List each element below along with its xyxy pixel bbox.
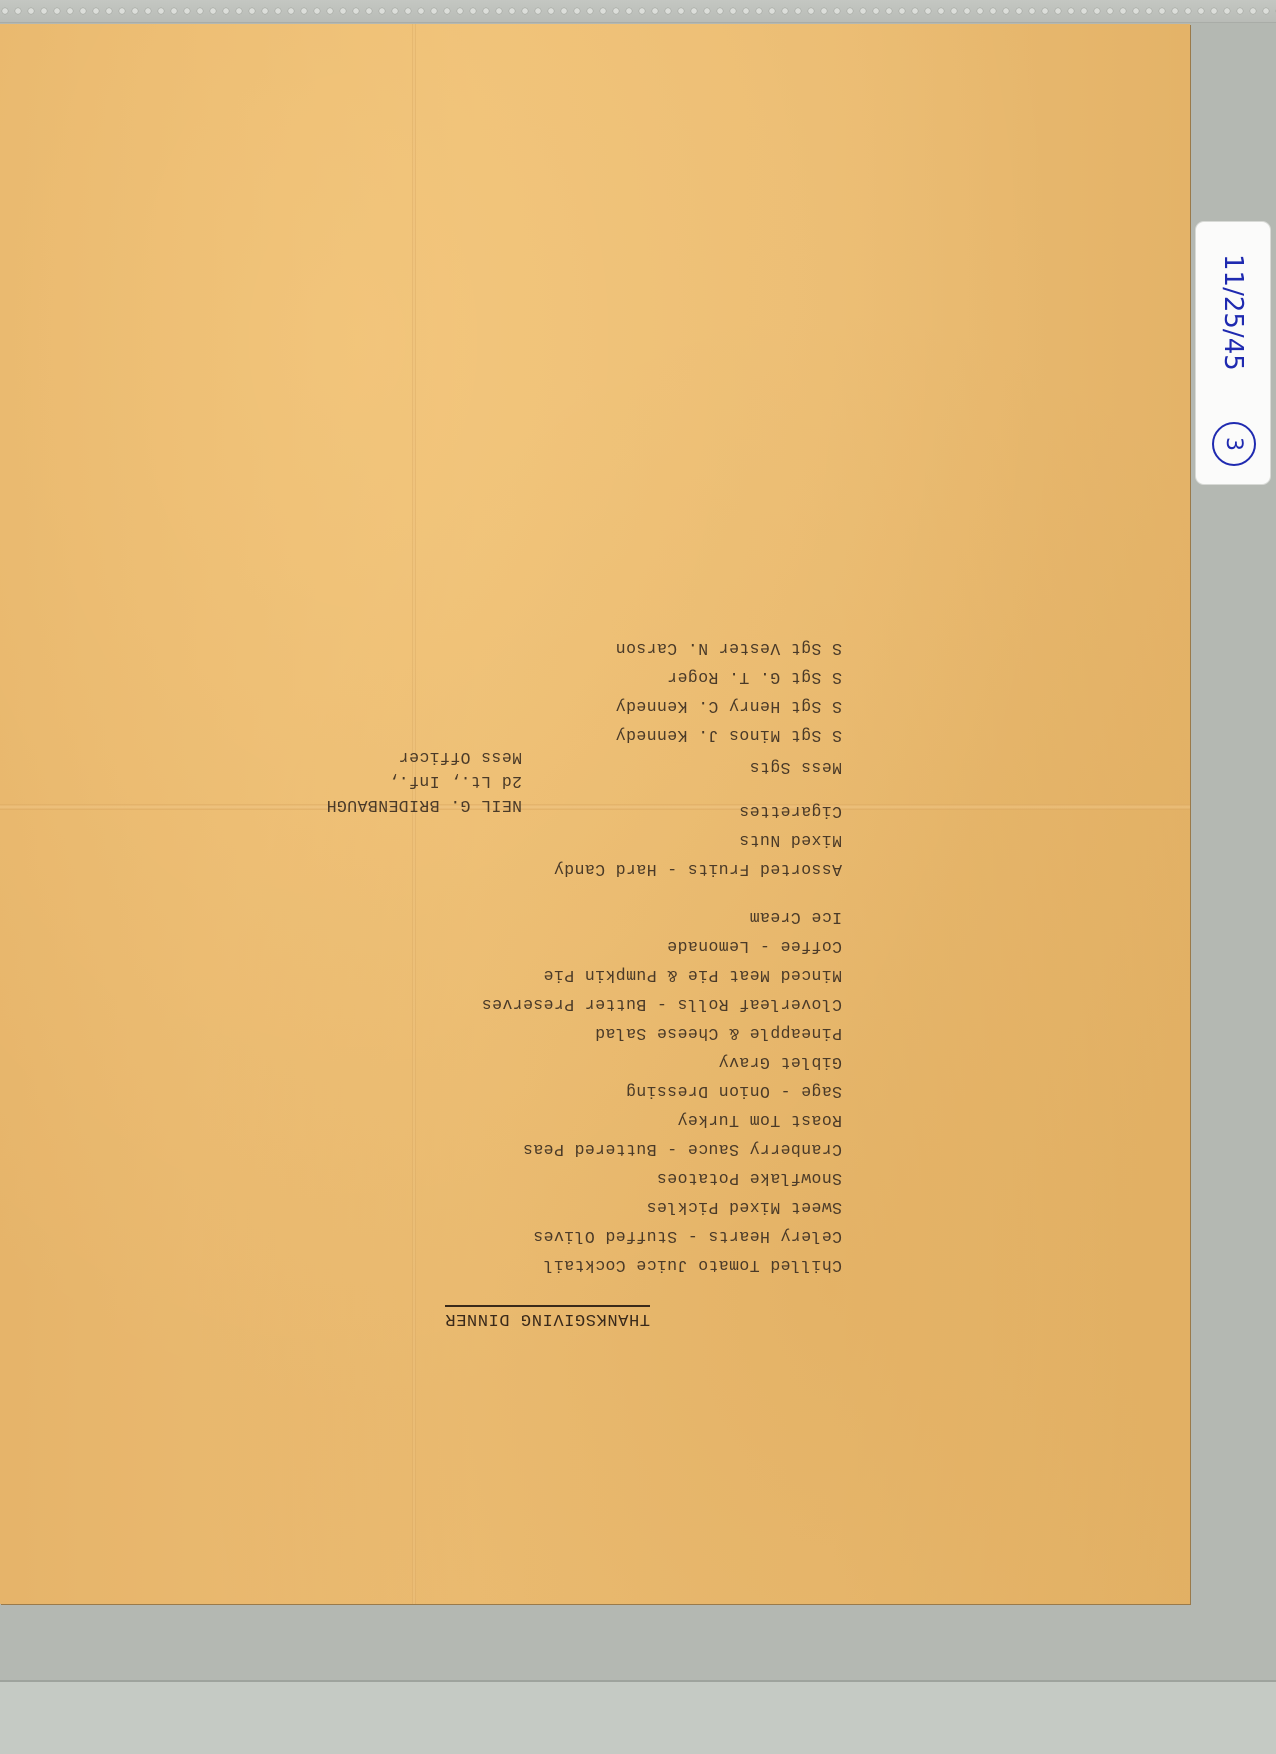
mess-sgts-label: Mess Sgts <box>749 753 842 782</box>
officer-role: Mess Officer <box>398 743 522 772</box>
menu-item: Sage - Onion Dressing <box>481 1077 842 1106</box>
extras-list: Assorted Fruits - Hard CandyMixed NutsCi… <box>554 797 842 884</box>
menu-item: Sweet Mixed Pickles <box>481 1193 842 1222</box>
menu-item: Giblet Gravy <box>481 1048 842 1077</box>
sleeve-bottom-edge <box>0 1680 1276 1754</box>
sleeve-top-edge <box>0 0 1276 23</box>
menu-item: Pineapple & Cheese Salad <box>481 1019 842 1048</box>
mess-sgt-name: S Sgt Vester N. Carson <box>615 634 842 663</box>
menu-item: Ice Cream <box>481 903 842 932</box>
extra-item: Mixed Nuts <box>554 826 842 855</box>
menu-item: Minced Meat Pie & Pumpkin Pie <box>481 961 842 990</box>
menu-item: Cloverleaf Rolls - Butter Preserves <box>481 990 842 1019</box>
menu-item: Cranberry Sauce - Buttered Peas <box>481 1135 842 1164</box>
menu-item: Celery Hearts - Stuffed Olives <box>481 1222 842 1251</box>
menu-item: Coffee - Lemonade <box>481 932 842 961</box>
rotated-typed-content: THANKSGIVING DINNER Chilled Tomato Juice… <box>0 24 1190 1604</box>
menu-title: THANKSGIVING DINNER <box>445 1305 650 1328</box>
mess-sgt-name: S Sgt Minos J. Kennedy <box>615 721 842 750</box>
handwritten-date: 11/25/45 <box>1204 252 1262 372</box>
menu-item: Snowflake Potatoes <box>481 1164 842 1193</box>
extra-item: Cigarettes <box>554 797 842 826</box>
menu-items-list: Chilled Tomato Juice CocktailCelery Hear… <box>481 903 842 1280</box>
archive-label-card: 11/25/45 3 <box>1196 222 1270 484</box>
mess-sgts-list: S Sgt Minos J. KennedyS Sgt Henry C. Ken… <box>615 634 842 750</box>
menu-sheet: THANKSGIVING DINNER Chilled Tomato Juice… <box>0 24 1190 1604</box>
sleeve-perforations <box>0 6 1276 16</box>
menu-item: Chilled Tomato Juice Cocktail <box>481 1251 842 1280</box>
mess-sgt-name: S Sgt G. T. Roger <box>615 663 842 692</box>
menu-item: Roast Tom Turkey <box>481 1106 842 1135</box>
mess-sgt-name: S Sgt Henry C. Kennedy <box>615 692 842 721</box>
circled-page-number: 3 <box>1212 422 1256 466</box>
extra-item: Assorted Fruits - Hard Candy <box>554 855 842 884</box>
